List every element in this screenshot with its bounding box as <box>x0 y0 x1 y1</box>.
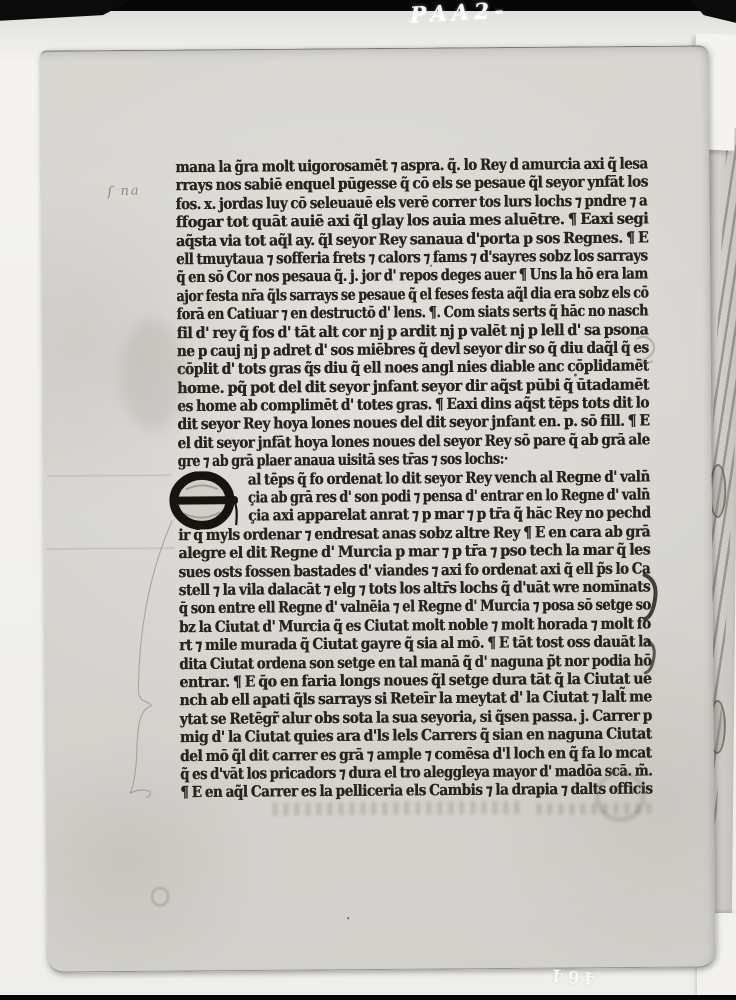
margin-annotation: ſ na <box>107 183 141 199</box>
ink-swash-marks <box>638 571 665 681</box>
ink-speck <box>347 917 349 919</box>
set-off-ghost-text <box>272 801 524 816</box>
text-line-content: gre ⁊ ab grā plaer anaua uisitā ses tr̄a… <box>178 449 508 470</box>
text-line: ¶ E en aq̃l Carrer es la pelliceria els … <box>180 781 652 803</box>
decorated-initial-e <box>168 471 242 530</box>
text-line-content: ¶ E en aq̃l Carrer es la pelliceria els … <box>180 779 652 801</box>
text-block: mana la g̃ra molt uigorosamēt ⁊ aspra. q… <box>175 156 652 808</box>
ink-speck <box>430 265 432 267</box>
manuscript-photograph: ſ na mana la g̃ra molt uigorosamēt ⁊ asp… <box>0 0 736 1000</box>
text-line-content: el dit seyor jnfāt hoya lones noues del … <box>177 430 649 452</box>
manuscript-page: ſ na mana la g̃ra molt uigorosamēt ⁊ asp… <box>40 45 715 972</box>
margin-annotation-text: na <box>120 183 141 199</box>
ink-speck <box>574 373 577 376</box>
stain <box>584 759 657 834</box>
margin-flourish <box>633 333 659 367</box>
archive-mark-bottom: 464 <box>547 964 596 988</box>
fold-line <box>48 475 172 477</box>
mount-strip-bottom <box>0 995 736 1000</box>
stain <box>120 319 185 431</box>
margin-annotation-mark: ſ <box>107 184 114 199</box>
stain <box>147 883 173 911</box>
pen-trail-doodle <box>104 501 186 812</box>
set-off-ghost-text <box>536 803 654 815</box>
